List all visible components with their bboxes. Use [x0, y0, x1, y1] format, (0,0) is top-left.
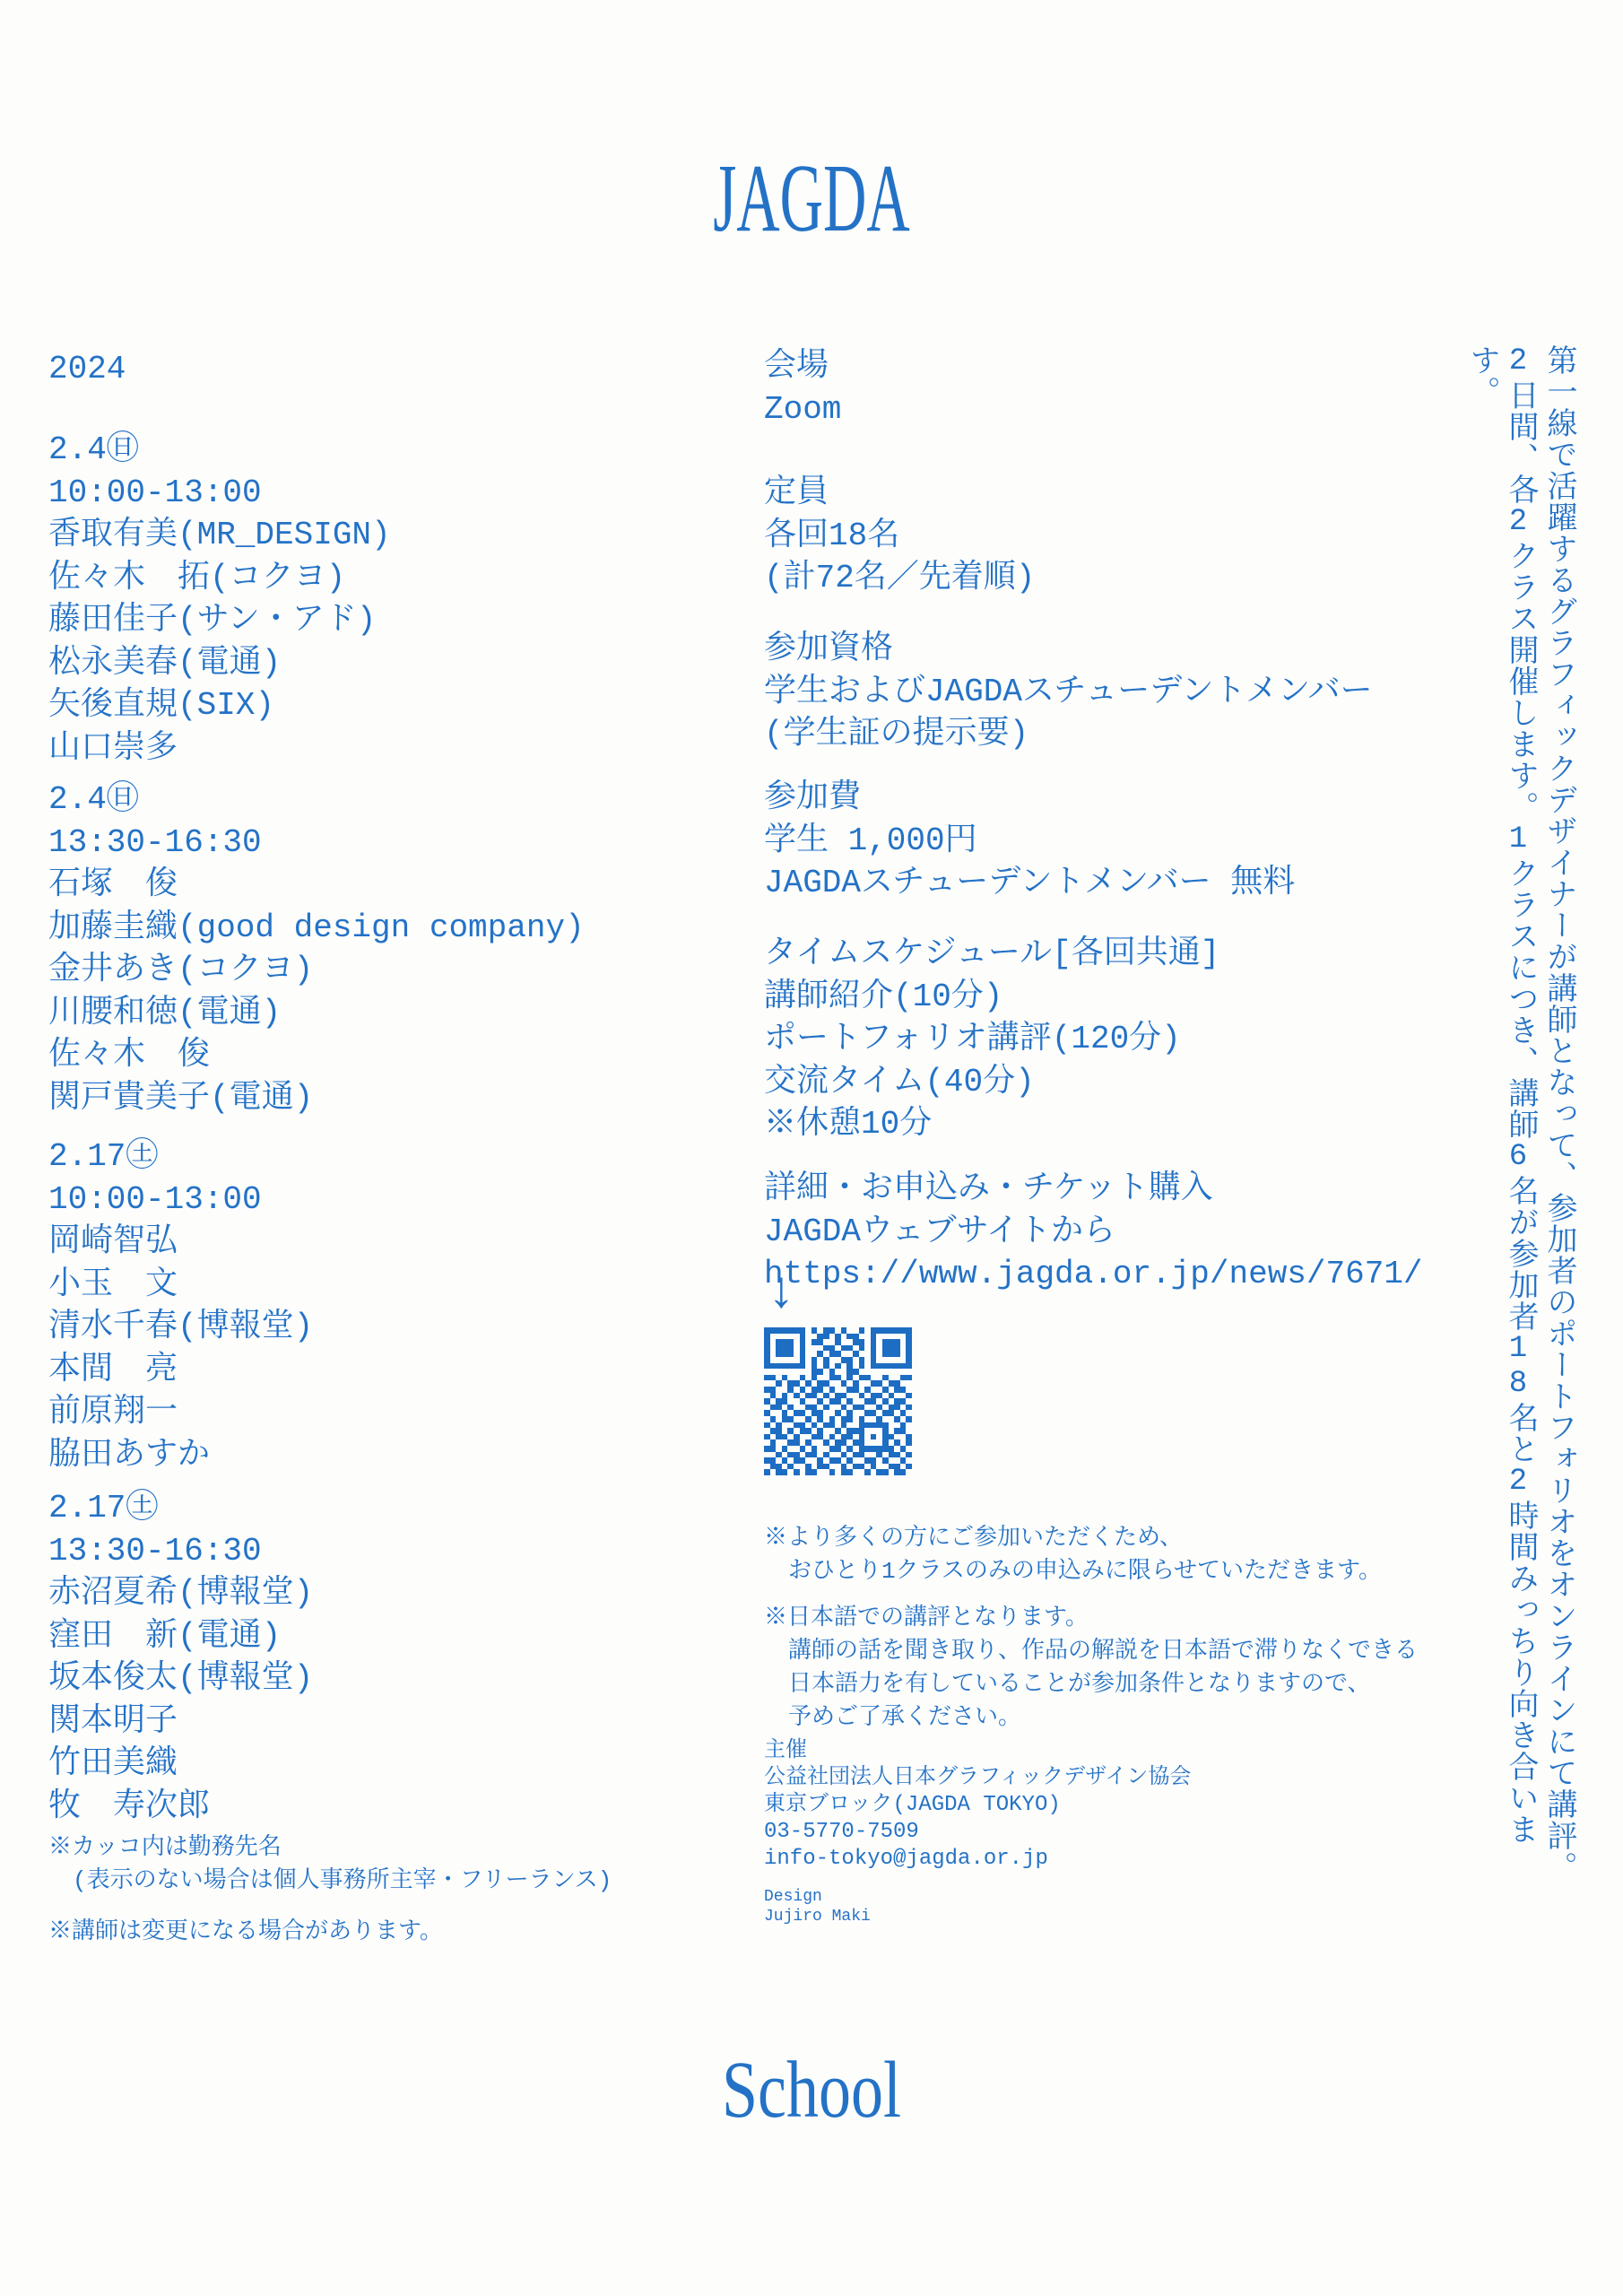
- session-date: 2.17㊏: [48, 1135, 313, 1178]
- lecturer-name: 本間 亮: [48, 1349, 313, 1392]
- schedule-line: 交流タイム(40分): [764, 1061, 1219, 1104]
- schedule-line: ※休憩10分: [764, 1103, 1219, 1146]
- apply-label: 詳細・お申込み・チケット購入: [764, 1168, 1423, 1211]
- lecturer-name: 山口崇多: [48, 727, 391, 770]
- credit-label: Design: [764, 1887, 871, 1907]
- note-line: ※より多くの方にご参加いただくため、: [764, 1522, 1382, 1555]
- organizer-name: 公益社団法人日本グラフィックデザイン協会: [764, 1765, 1191, 1792]
- lecturer-name: 坂本俊太(博報堂): [48, 1657, 313, 1700]
- session-date: 2.4㊐: [48, 778, 585, 822]
- session-block-4: 2.17㊏ 13:30-16:30 赤沼夏希(博報堂) 窪田 新(電通) 坂本俊…: [48, 1487, 313, 1828]
- lecturer-name: 関戸貴美子(電通): [48, 1077, 585, 1120]
- eligibility-line: (学生証の提示要): [764, 713, 1373, 756]
- schedule-line: ポートフォリオ講評(120分): [764, 1018, 1219, 1061]
- poster-page: JAGDA 2024 2.4㊐ 10:00-13:00 香取有美(MR_DESI…: [0, 0, 1623, 2296]
- capacity-line: 各回18名: [764, 515, 1035, 558]
- session-time: 13:30-16:30: [48, 1530, 313, 1573]
- lecturer-name: 川腰和徳(電通): [48, 992, 585, 1035]
- lecturer-name: 佐々木 拓(コクヨ): [48, 557, 391, 600]
- page-title: JAGDA: [308, 151, 1315, 248]
- organizer-label: 主催: [764, 1738, 1191, 1765]
- schedule-section: タイムスケジュール[各回共通] 講師紹介(10分) ポートフォリオ講評(120分…: [764, 933, 1219, 1146]
- lecturer-name: 松永美春(電通): [48, 642, 391, 685]
- organizer-block: 東京ブロック(JAGDA TOKYO): [764, 1792, 1191, 1819]
- apply-sub-label: JAGDAウェブサイトから: [764, 1211, 1423, 1254]
- fee-line: 学生 1,000円: [764, 820, 1295, 863]
- session-block-2: 2.4㊐ 13:30-16:30 石塚 俊 加藤圭織(good design c…: [48, 778, 585, 1119]
- lecturer-name: 牧 寿次郎: [48, 1786, 313, 1829]
- qr-code: [764, 1327, 912, 1475]
- note-line: 講師の話を聞き取り、作品の解説を日本語で滞りなくできる: [764, 1635, 1418, 1668]
- lecturer-name: 竹田美織: [48, 1743, 313, 1786]
- fee-section: 参加費 学生 1,000円 JAGDAスチューデントメンバー 無料: [764, 777, 1295, 905]
- eligibility-line: 学生およびJAGDAスチューデントメンバー: [764, 671, 1373, 714]
- year-label: 2024: [48, 348, 126, 391]
- lecturer-name: 香取有美(MR_DESIGN): [48, 514, 391, 557]
- lecturer-name: 赤沼夏希(博報堂): [48, 1572, 313, 1615]
- eligibility-label: 参加資格: [764, 628, 1373, 671]
- lecturer-name: 窪田 新(電通): [48, 1615, 313, 1658]
- note-one-class: ※より多くの方にご参加いただくため、 おひとり1クラスのみの申込みに限らせていた…: [764, 1522, 1382, 1588]
- session-time: 10:00-13:00: [48, 1178, 313, 1222]
- lecturer-name: 加藤圭織(good design company): [48, 907, 585, 950]
- lecturer-name: 岡崎智弘: [48, 1221, 313, 1264]
- footnote-change: ※講師は変更になる場合があります。: [48, 1916, 443, 1949]
- fee-line: JAGDAスチューデントメンバー 無料: [764, 862, 1295, 905]
- session-time: 10:00-13:00: [48, 472, 391, 515]
- session-date: 2.4㊐: [48, 429, 391, 472]
- footer-title: School: [162, 2050, 1461, 2131]
- session-time: 13:30-16:30: [48, 822, 585, 865]
- organizer-section: 主催 公益社団法人日本グラフィックデザイン協会 東京ブロック(JAGDA TOK…: [764, 1738, 1191, 1873]
- organizer-email[interactable]: info-tokyo@jagda.or.jp: [764, 1846, 1191, 1873]
- eligibility-section: 参加資格 学生およびJAGDAスチューデントメンバー (学生証の提示要): [764, 628, 1373, 756]
- footnote-line: ※講師は変更になる場合があります。: [48, 1916, 443, 1949]
- capacity-section: 定員 各回18名 (計72名／先着順): [764, 472, 1035, 600]
- lecturer-name: 金井あき(コクヨ): [48, 949, 585, 992]
- organizer-phone: 03-5770-7509: [764, 1819, 1191, 1846]
- lead-column: 2日間、各2クラス開催します。1クラスにつき、講師6名が参加者18名と2時間みっ…: [1460, 344, 1537, 1883]
- lecturer-name: 脇田あすか: [48, 1434, 313, 1477]
- credit-name: Jujiro Maki: [764, 1907, 871, 1926]
- note-line: ※日本語での講評となります。: [764, 1602, 1418, 1635]
- venue-label: 会場: [764, 345, 841, 388]
- capacity-line: (計72名／先着順): [764, 557, 1035, 600]
- footnote-line: ※カッコ内は勤務先名: [48, 1831, 612, 1865]
- capacity-label: 定員: [764, 472, 1035, 515]
- lecturer-name: 関本明子: [48, 1700, 313, 1744]
- note-line: おひとり1クラスのみの申込みに限らせていただきます。: [764, 1555, 1382, 1588]
- note-japanese: ※日本語での講評となります。 講師の話を聞き取り、作品の解説を日本語で滞りなくで…: [764, 1602, 1418, 1735]
- lecturer-name: 藤田佳子(サン・アド): [48, 599, 391, 642]
- lecturer-name: 矢後直規(SIX): [48, 684, 391, 727]
- note-line: 日本語力を有していることが参加条件となりますので、: [764, 1668, 1418, 1701]
- apply-url-link[interactable]: https://www.jagda.or.jp/news/7671/: [764, 1253, 1423, 1296]
- lecturer-name: 小玉 文: [48, 1264, 313, 1307]
- venue-section: 会場 Zoom: [764, 345, 841, 430]
- lecturer-name: 石塚 俊: [48, 864, 585, 907]
- footnote-affiliation: ※カッコ内は勤務先名 (表示のない場合は個人事務所主宰・フリーランス): [48, 1831, 612, 1898]
- footnote-line: (表示のない場合は個人事務所主宰・フリーランス): [48, 1865, 612, 1898]
- schedule-line: 講師紹介(10分): [764, 976, 1219, 1019]
- lecturer-name: 清水千春(博報堂): [48, 1306, 313, 1349]
- apply-section: 詳細・お申込み・チケット購入 JAGDAウェブサイトから https://www…: [764, 1168, 1423, 1296]
- note-line: 予めご了承ください。: [764, 1701, 1418, 1735]
- session-date: 2.17㊏: [48, 1487, 313, 1530]
- lead-vertical-text: 第一線で活躍するグラフィックデザイナーが講師となって、参加者のポートフォリオをオ…: [1460, 344, 1575, 1883]
- venue-value: Zoom: [764, 388, 841, 431]
- lecturer-name: 前原翔一: [48, 1391, 313, 1434]
- lead-column: 第一線で活躍するグラフィックデザイナーが講師となって、参加者のポートフォリオをオ…: [1537, 344, 1575, 1883]
- session-block-1: 2.4㊐ 10:00-13:00 香取有美(MR_DESIGN) 佐々木 拓(コ…: [48, 429, 391, 770]
- fee-label: 参加費: [764, 777, 1295, 820]
- lecturer-name: 佐々木 俊: [48, 1034, 585, 1077]
- down-arrow-icon: ↓: [766, 1268, 797, 1320]
- schedule-label: タイムスケジュール[各回共通]: [764, 933, 1219, 976]
- design-credit: Design Jujiro Maki: [764, 1887, 871, 1926]
- session-block-3: 2.17㊏ 10:00-13:00 岡崎智弘 小玉 文 清水千春(博報堂) 本間…: [48, 1135, 313, 1476]
